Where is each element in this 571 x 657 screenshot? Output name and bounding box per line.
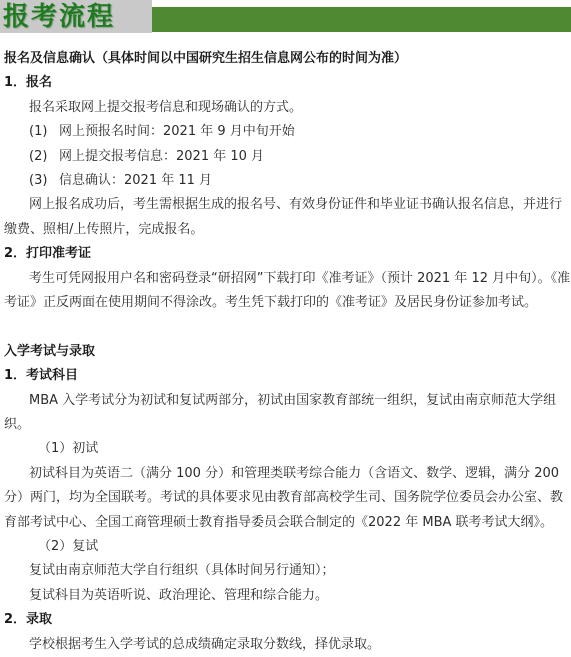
subsection-title-admission: 2．录取 [4, 608, 571, 632]
page-title: 报考流程 [3, 1, 115, 33]
preliminary-exam-label: （1）初试 [4, 437, 571, 461]
admission-text: 学校根据考生入学考试的总成绩确定录取分数线，择优录取。 [4, 633, 571, 657]
item-number: (3) [29, 169, 59, 193]
retest-line-1: 复试由南京师范大学自行组织（具体时间另行通知）； [4, 559, 571, 583]
register-note: 网上报名成功后，考生需根据生成的报名号、有效身份证件和毕业证书确认报名信息，并进… [4, 193, 571, 242]
item-number: (1) [29, 120, 59, 144]
section-title-exam-admission: 入学考试与录取 [4, 340, 571, 364]
section-title-registration: 报名及信息确认（具体时间以中国研究生招生信息网公布的时间为准） [4, 47, 571, 71]
register-item-3: (3)信息确认：2021 年 11 月 [4, 169, 571, 193]
subsection-title-print-admission: 2．打印准考证 [4, 242, 571, 266]
item-text: 信息确认：2021 年 11 月 [59, 173, 212, 188]
article-content: 报名及信息确认（具体时间以中国研究生招生信息网公布的时间为准） 1．报名 报名采… [0, 36, 571, 657]
page-header: 报考流程 [0, 0, 571, 36]
header-title-box: 报考流程 [0, 0, 152, 33]
item-number: (2) [29, 145, 59, 169]
subsection-title-register: 1．报名 [4, 71, 571, 95]
register-intro: 报名采取网上提交报考信息和现场确认的方式。 [4, 96, 571, 120]
register-item-1: (1)网上预报名时间：2021 年 9 月中旬开始 [4, 120, 571, 144]
spacer [4, 315, 571, 339]
item-text: 网上预报名时间：2021 年 9 月中旬开始 [59, 124, 295, 139]
retest-line-2: 复试科目为英语听说、政治理论、管理和综合能力。 [4, 584, 571, 608]
item-text: 网上提交报考信息：2021 年 10 月 [59, 149, 264, 164]
retest-label: （2）复试 [4, 535, 571, 559]
print-admission-text: 考生可凭网报用户名和密码登录“研招网”下载打印《准考证》（预计 2021 年 1… [4, 267, 571, 316]
preliminary-exam-text: 初试科目为英语二（满分 100 分）和管理类联考综合能力（含语文、数学、逻辑，满… [4, 462, 571, 535]
subsection-title-exam-subjects: 1．考试科目 [4, 364, 571, 388]
register-item-2: (2)网上提交报考信息：2021 年 10 月 [4, 145, 571, 169]
exam-intro: MBA 入学考试分为初试和复试两部分，初试由国家教育部统一组织，复试由南京师范大… [4, 389, 571, 438]
header-green-bar [152, 7, 571, 32]
